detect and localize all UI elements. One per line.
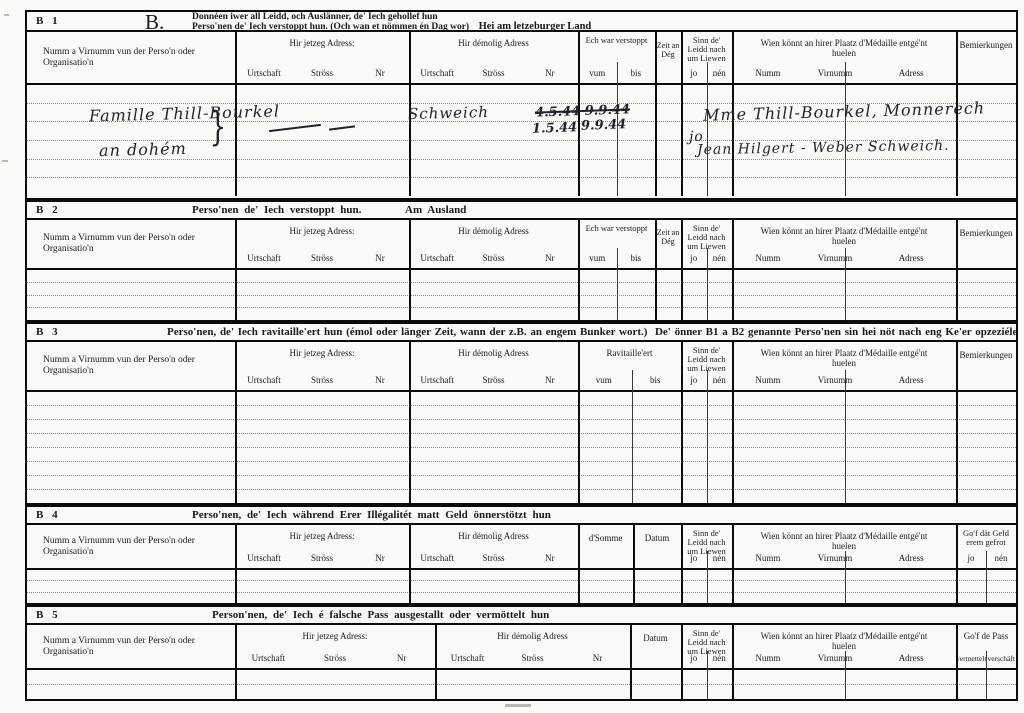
table-row [27, 178, 1016, 196]
adress-label: Adress [866, 375, 956, 385]
b5-header: Numm a Virnumm vun der Perso'n oder Orga… [27, 625, 1016, 670]
b4-grid: Numm a Virnumm vun der Perso'n oder Orga… [27, 525, 1016, 603]
b1-col-addr-now: Hir jetzeg Adress: UrtschaftStrössNr [235, 32, 409, 83]
table-row [27, 581, 1016, 592]
b3-body [27, 392, 1016, 503]
b5-col-addr-former: Hir démolig Adress UrtschaftStrössNr [435, 625, 630, 668]
table-row [27, 283, 1016, 296]
stross-label: Ströss [465, 253, 521, 263]
b1-col-bemierkungen: Bemierkungen [956, 32, 1016, 83]
table-row [27, 406, 1016, 420]
b2-header: Numm a Virnumm vun der Perso'n oder Orga… [27, 220, 1016, 270]
adress-label: Adress [866, 553, 956, 563]
jo-label: jo [956, 553, 986, 563]
nr-label: Nr [522, 253, 578, 263]
jo-label: jo [681, 553, 707, 563]
stross-label: Ströss [465, 375, 521, 385]
b2-col-bemierkungen: Bemierkungen [956, 220, 1016, 268]
b5-col-datum: Datum [630, 625, 681, 668]
table-row [27, 308, 1016, 320]
virnumm-label: Virnumm [804, 653, 867, 663]
b3-col-addr-former: Hir démolig Adress UrtschaftStrössNr [409, 342, 578, 390]
stross-label: Ströss [293, 253, 351, 263]
jo-label: jo [681, 653, 707, 663]
table-row [27, 160, 1016, 179]
b4-col-medal: Wien könnt an hirer Plaatz d'Médaille en… [732, 525, 956, 568]
table-row [27, 392, 1016, 406]
adress-label: Adress [866, 253, 956, 263]
table-row [27, 476, 1016, 490]
vermettelt-label: vermettelt [956, 654, 986, 663]
addr-now-label: Hir jetzeg Adress: [235, 348, 409, 358]
b2-titlebar: B 2 Perso'nen de' Iech verstoppt hun. Am… [27, 202, 1016, 220]
jo-label: jo [681, 68, 707, 78]
scan-artifact [505, 704, 531, 707]
nr-label: Nr [351, 553, 409, 563]
urtschaft-label: Urtschaft [409, 375, 465, 385]
table-row [27, 670, 1016, 685]
section-b4: B 4 Perso'nen, de' Iech während Erer Ill… [25, 505, 1018, 605]
b3-col-bemierkungen: Bemierkungen [956, 342, 1016, 390]
medal-label: Wien könnt an hirer Plaatz d'Médaille en… [732, 531, 956, 551]
b1-col-addr-former: Hir démolig Adress UrtschaftStrössNr [409, 32, 578, 83]
addr-former-label: Hir démolig Adress [409, 531, 578, 541]
b2-title: Perso'nen de' Iech verstoppt hun. [192, 204, 361, 216]
stross-label: Ströss [465, 68, 521, 78]
table-row [27, 448, 1016, 462]
b2-col-addr-now: Hir jetzeg Adress: UrtschaftStrössNr [235, 220, 409, 268]
alive-label: Sinn de' Leidd nach um Liewen [681, 346, 732, 373]
nr-label: Nr [368, 653, 435, 663]
vum-label: vum [578, 68, 617, 78]
addr-former-label: Hir démolig Adress [409, 38, 578, 48]
hidden-label: Ech war verstoppt [578, 36, 655, 45]
b1-title-line2: Perso'nen de' Iech verstoppt hun. (Och w… [192, 22, 469, 32]
virnumm-label: Virnumm [804, 253, 867, 263]
urtschaft-label: Urtschaft [409, 553, 465, 563]
numm-label: Numm [732, 253, 804, 263]
nen-label: nén [707, 653, 733, 663]
b5-col-medal: Wien könnt an hirer Plaatz d'Médaille en… [732, 625, 956, 668]
b3-title: Perso'nen, de' Iech ravitaille'ert hun (… [167, 326, 647, 338]
table-row [27, 270, 1016, 283]
nr-label: Nr [351, 68, 409, 78]
b1-titlebar: B 1 B. Donnéen iwer all Leidd, och Auslä… [27, 12, 1016, 32]
stross-label: Ströss [293, 375, 351, 385]
bis-label: bis [617, 253, 656, 263]
addr-now-label: Hir jetzeg Adress: [235, 531, 409, 541]
alive-label: Sinn de' Leidd nach um Liewen [681, 224, 732, 251]
b1-col-name: Numm a Virnumm vun der Perso'n oder Orga… [27, 32, 235, 83]
table-row [27, 434, 1016, 448]
b4-section-id: B 4 [36, 509, 61, 521]
b3-col-name: Numm a Virnumm vun der Perso'n oder Orga… [27, 342, 235, 390]
b3-title-wrap: Perso'nen, de' Iech ravitaille'ert hun (… [167, 326, 1016, 338]
stross-label: Ströss [302, 653, 369, 663]
table-row [27, 462, 1016, 476]
nr-label: Nr [522, 375, 578, 385]
hw-addr-former: Schweich [408, 103, 489, 123]
urtschaft-label: Urtschaft [235, 553, 293, 563]
nen-label: nén [707, 68, 733, 78]
numm-label: Numm [732, 68, 804, 78]
nr-label: Nr [565, 653, 630, 663]
b3-col-addr-now: Hir jetzeg Adress: UrtschaftStrössNr [235, 342, 409, 390]
b3-header: Numm a Virnumm vun der Perso'n oder Orga… [27, 342, 1016, 392]
addr-former-label: Hir démolig Adress [409, 348, 578, 358]
stross-label: Ströss [465, 553, 521, 563]
b3-title-b: De' önner B1 a B2 genannte Perso'nen sin… [655, 326, 1016, 338]
jo-label: jo [681, 375, 707, 385]
scan-artifact [2, 160, 8, 162]
hidden-label: Ech war verstoppt [578, 224, 655, 233]
nen-label: nén [707, 375, 733, 385]
b1-col-medal: Wien könnt an hirer Plaatz d'Médaille en… [732, 32, 956, 83]
b4-col-name: Numm a Virnumm vun der Perso'n oder Orga… [27, 525, 235, 568]
b4-col-addr-now: Hir jetzeg Adress: UrtschaftStrössNr [235, 525, 409, 568]
b5-grid: Numm a Virnumm vun der Perso'n oder Orga… [27, 625, 1016, 699]
table-row [27, 296, 1016, 309]
adress-label: Adress [866, 653, 956, 663]
vum-label: vum [578, 253, 617, 263]
b3-section-id: B 3 [36, 326, 61, 338]
b3-col-medal: Wien könnt an hirer Plaatz d'Médaille en… [732, 342, 956, 390]
refund-label: Go'f dät Geld erem gefrot [956, 529, 1016, 547]
medal-label: Wien könnt an hirer Plaatz d'Médaille en… [732, 348, 956, 368]
stross-label: Ströss [293, 553, 351, 563]
jo-label: jo [681, 253, 707, 263]
table-row [27, 570, 1016, 581]
hw-name-line2: an dohém [99, 139, 187, 160]
numm-label: Numm [732, 653, 804, 663]
virnumm-label: Virnumm [804, 375, 867, 385]
table-row [27, 593, 1016, 603]
hw-date-vum: 1.5.44 [532, 120, 578, 137]
vum-label: vum [578, 375, 630, 385]
urtschaft-label: Urtschaft [409, 68, 465, 78]
adress-label: Adress [866, 68, 956, 78]
virnumm-label: Virnumm [804, 553, 867, 563]
b1-section-id: B 1 [36, 15, 61, 27]
addr-now-label: Hir jetzeg Adress: [235, 38, 409, 48]
b2-title-right: Am Ausland [405, 204, 466, 216]
b2-col-zeit: Zeit an Dég [655, 220, 681, 268]
b4-header: Numm a Virnumm vun der Perso'n oder Orga… [27, 525, 1016, 570]
b5-body [27, 670, 1016, 699]
bis-label: bis [617, 68, 656, 78]
addr-former-label: Hir démolig Adress [409, 226, 578, 236]
addr-former-label: Hir démolig Adress [435, 631, 630, 641]
b5-titlebar: B 5 Person'nen, de' Iech é falsche Pass … [27, 607, 1016, 625]
b5-title: Person'nen, de' Iech é falsche Pass ausg… [212, 609, 549, 621]
b2-col-name: Numm a Virnumm vun der Perso'n oder Orga… [27, 220, 235, 268]
urtschaft-label: Urtschaft [235, 375, 293, 385]
medal-label: Wien könnt an hirer Plaatz d'Médaille en… [732, 38, 956, 58]
numm-label: Numm [732, 375, 804, 385]
supply-label: Ravitaille'ert [578, 348, 681, 358]
b4-body [27, 570, 1016, 603]
numm-label: Numm [732, 553, 804, 563]
urtschaft-label: Urtschaft [435, 653, 500, 663]
b4-col-somme: d'Somme [578, 525, 633, 568]
b1-grid: Numm a Virnumm vun der Perso'n oder Orga… [27, 32, 1016, 196]
b4-titlebar: B 4 Perso'nen, de' Iech während Erer Ill… [27, 507, 1016, 525]
section-b5: B 5 Person'nen, de' Iech é falsche Pass … [25, 605, 1018, 701]
addr-now-label: Hir jetzeg Adress: [235, 226, 409, 236]
b2-body [27, 270, 1016, 320]
nen-label: nén [986, 553, 1016, 563]
urtschaft-label: Urtschaft [409, 253, 465, 263]
b3-col-supply: Ravitaille'ert vumbis [578, 342, 681, 390]
b4-col-datum: Datum [633, 525, 681, 568]
addr-now-label: Hir jetzeg Adress: [235, 631, 435, 641]
bis-label: bis [630, 375, 682, 385]
b1-title-line2-wrap: Perso'nen de' Iech verstoppt hun. (Och w… [192, 22, 591, 32]
table-row [27, 685, 1016, 699]
table-row [27, 420, 1016, 434]
medal-label: Wien könnt an hirer Plaatz d'Médaille en… [732, 631, 956, 651]
nr-label: Nr [351, 375, 409, 385]
b1-title-lines: Donnéen iwer all Leidd, och Auslänner, d… [192, 12, 591, 32]
table-row [27, 490, 1016, 503]
b2-col-addr-former: Hir démolig Adress UrtschaftStrössNr [409, 220, 578, 268]
nr-label: Nr [522, 68, 578, 78]
nr-label: Nr [351, 253, 409, 263]
b1-header: Numm a Virnumm vun der Perso'n oder Orga… [27, 32, 1016, 85]
b1-big-letter: B. [145, 12, 164, 32]
nr-label: Nr [522, 553, 578, 563]
b2-grid: Numm a Virnumm vun der Perso'n oder Orga… [27, 220, 1016, 320]
stross-label: Ströss [500, 653, 565, 663]
b1-title-right: Hei am letzeburger Land [479, 21, 592, 32]
verschaft-label: verschäft [986, 654, 1016, 663]
b3-grid: Numm a Virnumm vun der Perso'n oder Orga… [27, 342, 1016, 503]
scanned-page: B 1 B. Donnéen iwer all Leidd, och Auslä… [0, 0, 1024, 713]
hw-brace: } [210, 104, 227, 150]
b5-col-name: Numm a Virnumm vun der Perso'n oder Orga… [27, 625, 235, 668]
nen-label: nén [707, 553, 733, 563]
b5-section-id: B 5 [36, 609, 61, 621]
b2-col-medal: Wien könnt an hirer Plaatz d'Médaille en… [732, 220, 956, 268]
section-b2: B 2 Perso'nen de' Iech verstoppt hun. Am… [25, 200, 1018, 322]
virnumm-label: Virnumm [804, 68, 867, 78]
urtschaft-label: Urtschaft [235, 253, 293, 263]
section-b1: B 1 B. Donnéen iwer all Leidd, och Auslä… [25, 10, 1018, 200]
pass-label: Go'f de Pass [956, 631, 1016, 641]
form-b: B 1 B. Donnéen iwer all Leidd, och Auslä… [25, 10, 1018, 701]
urtschaft-label: Urtschaft [235, 653, 302, 663]
alive-label: Sinn de' Leidd nach um Liewen [681, 36, 732, 63]
section-b3: B 3 Perso'nen, de' Iech ravitaille'ert h… [25, 322, 1018, 505]
hw-dash-stroke [269, 114, 355, 133]
b3-titlebar: B 3 Perso'nen, de' Iech ravitaille'ert h… [27, 324, 1016, 342]
scan-artifact [4, 14, 9, 16]
medal-label: Wien könnt an hirer Plaatz d'Médaille en… [732, 226, 956, 246]
b4-col-addr-former: Hir démolig Adress UrtschaftStrössNr [409, 525, 578, 568]
nen-label: nén [707, 253, 733, 263]
hw-date-bis: 9.9.44 [581, 117, 627, 134]
stross-label: Ströss [293, 68, 351, 78]
b1-col-zeit: Zeit an Dég [655, 32, 681, 83]
urtschaft-label: Urtschaft [235, 68, 293, 78]
b4-title: Perso'nen, de' Iech während Erer Illégal… [192, 509, 551, 521]
b2-section-id: B 2 [36, 204, 61, 216]
b5-col-addr-now: Hir jetzeg Adress: UrtschaftStrössNr [235, 625, 435, 668]
